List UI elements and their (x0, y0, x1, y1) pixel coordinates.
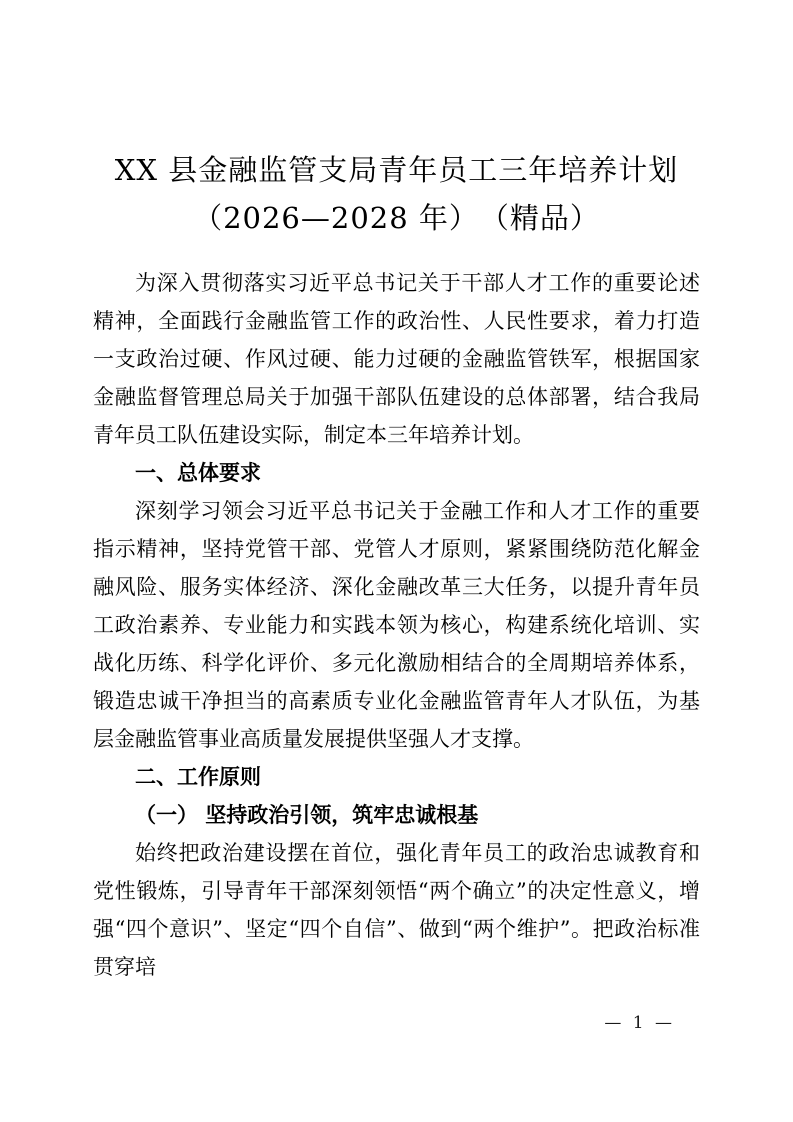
document-title: XX 县金融监管支局青年员工三年培养计划 （2026—2028 年） （精品） (0, 0, 793, 242)
document-body: 为深入贯彻落实习近平总书记关于干部人才工作的重要论述精神，全面践行金融监管工作的… (93, 264, 700, 986)
heading-section-2: 二、工作原则 (93, 758, 700, 796)
heading-section-1: 一、总体要求 (93, 454, 700, 492)
document-page: XX 县金融监管支局青年员工三年培养计划 （2026—2028 年） （精品） … (0, 0, 793, 1122)
paragraph-section-1: 深刻学习领会习近平总书记关于金融工作和人才工作的重要指示精神，坚持党管干部、党管… (93, 492, 700, 758)
title-line-1: XX 县金融监管支局青年员工三年培养计划 (0, 146, 793, 194)
title-line-2: （2026—2028 年） （精品） (0, 194, 793, 242)
paragraph-section-2-sub-1: 始终把政治建设摆在首位，强化青年员工的政治忠诚教育和党性锻炼，引导青年干部深刻领… (93, 834, 700, 986)
heading-section-2-sub-1: （一） 坚持政治引领，筑牢忠诚根基 (93, 796, 700, 834)
page-number: — 1 — (604, 1010, 675, 1036)
paragraph-intro: 为深入贯彻落实习近平总书记关于干部人才工作的重要论述精神，全面践行金融监管工作的… (93, 264, 700, 454)
